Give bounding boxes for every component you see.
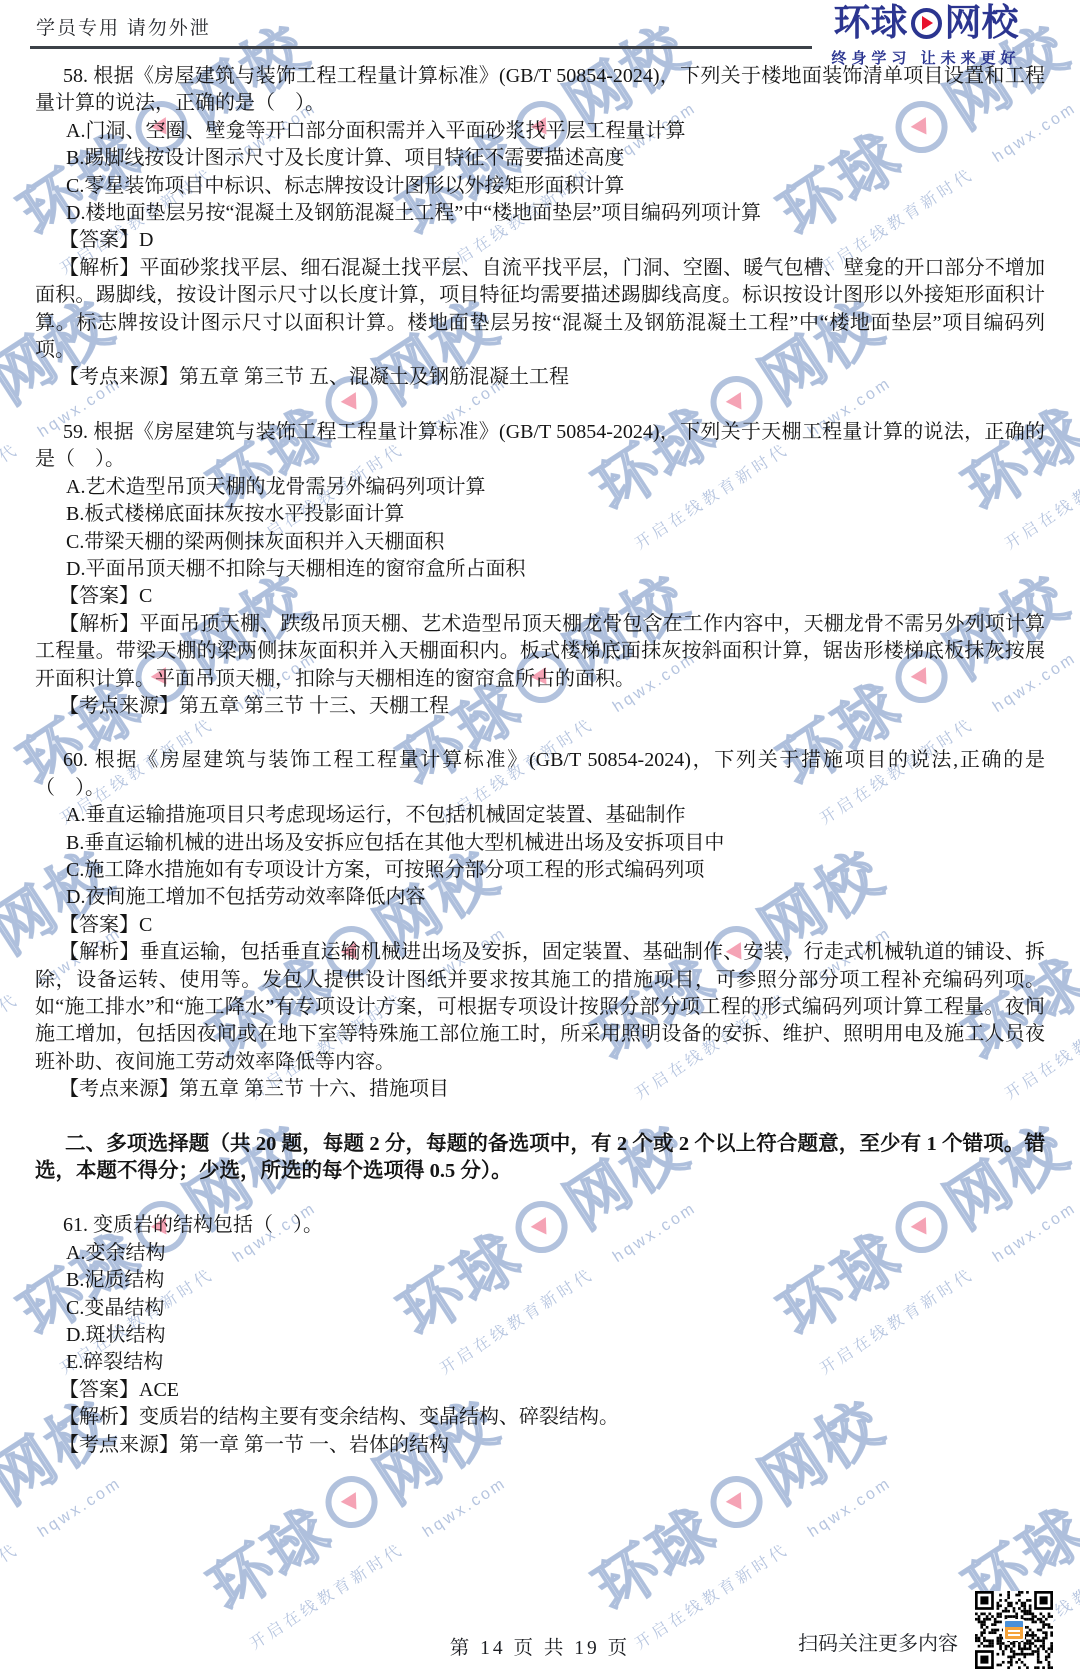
brand-tagline: 终身学习 让未来更好 [812,47,1040,68]
question-option: A.垂直运输措施项目只考虑现场运行，不包括机械固定装置、基础制作 [35,802,1045,829]
analysis-line: 【解析】变质岩的结构主要有变余结构、变晶结构、碎裂结构。 [35,1404,1045,1431]
watermark-play-icon [0,916,2,988]
document-content: 58. 根据《房屋建筑与装饰工程工程量计算标准》(GB/T 50854-2024… [35,63,1045,1459]
question-stem: 59. 根据《房屋建筑与装饰工程工程量计算标准》(GB/T 50854-2024… [35,419,1045,474]
question-block: 59. 根据《房屋建筑与装饰工程工程量计算标准》(GB/T 50854-2024… [35,419,1045,720]
analysis-line: 【解析】平面吊顶天棚、跌级吊顶天棚、艺术造型吊顶天棚龙骨包含在工作内容中，天棚龙… [35,611,1045,693]
analysis-line: 【解析】垂直运输，包括垂直运输机械进出场及安拆，固定装置、基础制作、安装，行走式… [35,939,1045,1076]
answer-line: 【答案】C [35,912,1045,939]
question-option: B.泥质结构 [35,1267,1045,1294]
question-option: C.变晶结构 [35,1295,1045,1322]
watermark-url-text: hqwx.com [35,1474,125,1541]
section-heading: 二、多项选择题（共 20 题，每题 2 分，每题的备选项中，有 2 个或 2 个… [35,1131,1045,1186]
question-option: A.变余结构 [35,1240,1045,1267]
watermark-slogan-text: 开启在线教育新时代 [0,441,23,553]
source-line: 【考点来源】第一章 第一节 一、岩体的结构 [35,1432,1045,1459]
question-option: E.碎裂结构 [35,1349,1045,1376]
watermark-url-text: hqwx.com [420,1474,510,1541]
play-button-icon [911,8,942,39]
question-block: 58. 根据《房屋建筑与装饰工程工程量计算标准》(GB/T 50854-2024… [35,63,1045,392]
answer-line: 【答案】C [35,583,1045,610]
analysis-line: 【解析】平面砂浆找平层、细石混凝土找平层、自流平找平层，门洞、空圈、暖气包槽、壁… [35,255,1045,365]
question-option: D.夜间施工增加不包括劳动效率降低内容 [35,884,1045,911]
qr-center-logo-icon [1003,1619,1025,1641]
header-divider [30,46,812,49]
page-header: 学员专用 请勿外泄 环球 网校 终身学习 让未来更好 [0,0,1080,72]
question-option: C.带梁天棚的梁两侧抹灰面积并入天棚面积 [35,529,1045,556]
question-option: B.踢脚线按设计图示尺寸及长度计算、项目特征不需要描述高度 [35,145,1045,172]
question-option: D.楼地面垫层另按“混凝土及钢筋混凝土工程”中“楼地面垫层”项目编码列项计算 [35,200,1045,227]
watermark-play-icon [0,1466,2,1538]
watermark-play-icon [1070,1466,1080,1538]
question-stem: 61. 变质岩的结构包括（ ）。 [35,1212,1045,1239]
exam-document-page: { "header": { "confidential": "学员专用 请勿外泄… [0,0,1080,1674]
blank-line [35,1104,1045,1131]
watermark-play-icon [1070,916,1080,988]
watermark-play-icon [0,366,2,438]
question-block: 61. 变质岩的结构包括（ ）。A.变余结构B.泥质结构C.变晶结构D.斑状结构… [35,1212,1045,1459]
confidential-label: 学员专用 请勿外泄 [36,13,211,40]
question-option: B.板式楼梯底面抹灰按水平投影面计算 [35,501,1045,528]
question-option: D.平面吊顶天棚不扣除与天棚相连的窗帘盒所占面积 [35,556,1045,583]
blank-line [35,720,1045,747]
brand-logo: 环球 网校 终身学习 让未来更好 [812,3,1040,68]
watermark-triangle-icon [340,1492,363,1514]
watermark-slogan-text: 开启在线教育新时代 [0,991,23,1103]
qr-code [975,1591,1053,1669]
answer-line: 【答案】D [35,227,1045,254]
watermark-url-text: hqwx.com [805,1474,895,1541]
watermark-play-icon [700,1466,772,1538]
question-option: C.施工降水措施如有专项设计方案，可按照分部分项工程的形式编码列项 [35,857,1045,884]
blank-line [35,392,1045,419]
question-block: 60. 根据《房屋建筑与装饰工程工程量计算标准》(GB/T 50854-2024… [35,747,1045,1103]
question-option: A.艺术造型吊顶天棚的龙骨需另外编码列项计算 [35,474,1045,501]
source-line: 【考点来源】第五章 第三节 十六、措施项目 [35,1076,1045,1103]
watermark-play-icon [1070,366,1080,438]
question-option: D.斑状结构 [35,1322,1045,1349]
brand-logo-part1: 环球 [834,3,908,44]
watermark-triangle-icon [725,1492,748,1514]
question-option: A.门洞、空圈、壁龛等开口部分面积需并入平面砂浆找平层工程量计算 [35,118,1045,145]
qr-caption: 扫码关注更多内容 [798,1627,958,1656]
question-option: C.零星装饰项目中标识、标志牌按设计图形以外接矩形面积计算 [35,173,1045,200]
brand-logo-text: 环球 网校 [812,3,1040,44]
brand-logo-part2: 网校 [945,3,1019,44]
source-line: 【考点来源】第五章 第三节 十三、天棚工程 [35,693,1045,720]
question-option: B.垂直运输机械的进出场及安拆应包括在其他大型机械进出场及安拆项目中 [35,830,1045,857]
answer-line: 【答案】ACE [35,1377,1045,1404]
source-line: 【考点来源】第五章 第三节 五、混凝土及钢筋混凝土工程 [35,364,1045,391]
watermark-play-icon [315,1466,387,1538]
question-stem: 60. 根据《房屋建筑与装饰工程工程量计算标准》(GB/T 50854-2024… [35,747,1045,802]
page-footer: 第 14 页 共 19 页 扫码关注更多内容 [0,1584,1080,1674]
blank-line [35,1185,1045,1212]
